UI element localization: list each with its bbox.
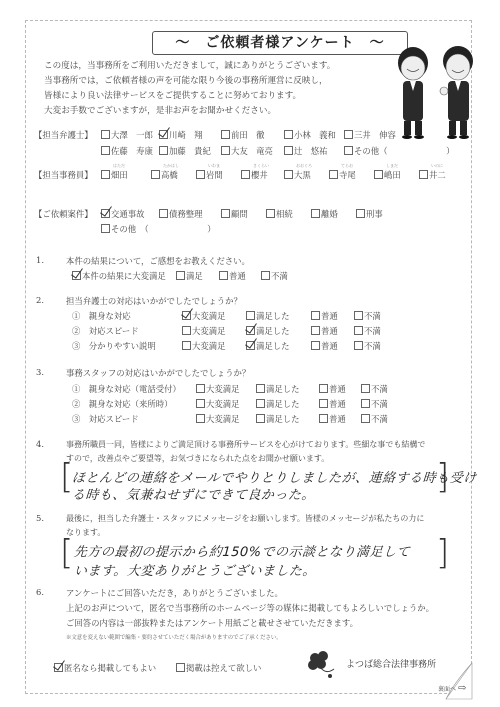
checkbox[interactable] (284, 146, 293, 155)
survey-page: 〜 ご依頼者様アンケート 〜 この度は，当事務所をご利用いただきまして，誠にあり… (25, 20, 472, 694)
attorney-option[interactable]: 大澤 一郎 (101, 129, 153, 141)
q2-row3-option[interactable]: 満足した (246, 340, 290, 352)
q4-answer-line[interactable]: る時も、気兼ねせずにできて良かった。 (71, 484, 315, 503)
case-type-option[interactable]: 債務整理 (159, 208, 203, 220)
q3-row2-option[interactable]: 大変満足 (196, 398, 240, 410)
checkbox-checked[interactable] (246, 326, 255, 335)
q4-text-line: すので，改善点やご要望等，お気づきになられた点をお聞かせ願います。 (66, 453, 329, 464)
checkbox[interactable] (101, 130, 110, 139)
q3-row3-option[interactable]: 不満 (361, 413, 388, 425)
checkbox[interactable] (221, 130, 230, 139)
q5-text-line: 最後に，担当した弁護士・スタッフにメッセージをお願いします。皆様のメッセージが私… (66, 513, 424, 524)
q3-row2-option[interactable]: 不満 (361, 398, 388, 410)
checkbox[interactable] (261, 271, 270, 280)
intro-line: 大変お手数でございますが，是非お声をお聞かせください。 (44, 104, 335, 119)
checkbox[interactable] (356, 209, 365, 218)
staff-option[interactable]: しまだ嶋田 (374, 169, 401, 181)
q3-row3-option[interactable]: 満足した (256, 413, 300, 425)
q1-option[interactable]: 本件の結果に大変満足 (72, 270, 166, 282)
q1-option[interactable]: 不満 (261, 270, 288, 282)
q2-row-label: ② 対応スピード (72, 325, 139, 337)
checkbox[interactable] (182, 326, 191, 335)
q1-option[interactable]: 普通 (219, 270, 246, 282)
staff-option[interactable]: いのに井二 (419, 169, 446, 181)
q3-row1-option[interactable]: 不満 (361, 383, 388, 395)
checkbox[interactable] (101, 146, 110, 155)
q6-option-decline[interactable]: 掲載は控えて欲しい (176, 662, 261, 674)
q2-row-label: ① 親身な対応 (72, 310, 131, 322)
case-type-option[interactable]: 相続 (266, 208, 293, 220)
intro-line: この度は，当事務所をご利用いただきまして，誠にありがとうございます。 (44, 59, 335, 74)
q1-option[interactable]: 満足 (176, 270, 203, 282)
checkbox[interactable] (256, 399, 265, 408)
checkbox[interactable] (221, 146, 230, 155)
checkbox[interactable] (266, 209, 275, 218)
checkbox[interactable] (344, 130, 353, 139)
q2-row1-option[interactable]: 不満 (354, 310, 381, 322)
checkbox[interactable] (354, 311, 363, 320)
checkbox[interactable] (159, 146, 168, 155)
q6-text-line: 上記のお声について，匿名で当事務所のホームページ等の媒体に掲載してもよろしいでし… (66, 602, 434, 614)
q5-answer-line[interactable]: います。大変ありがとうございました。 (73, 560, 316, 579)
case-type-label: 【ご依頼案件】 (34, 208, 93, 220)
q3-row2-option[interactable]: 満足した (256, 398, 300, 410)
q3-row1-option[interactable]: 大変満足 (196, 383, 240, 395)
checkbox[interactable] (176, 271, 185, 280)
checkbox[interactable] (256, 384, 265, 393)
checkbox[interactable] (284, 170, 293, 179)
checkbox[interactable] (361, 399, 370, 408)
q6-option-anonymous[interactable]: 匿名なら掲載してもよい (54, 662, 156, 674)
back-side-link[interactable]: 裏面へ ⇨ (438, 683, 466, 694)
q3-row-label: ③ 対応スピード (72, 413, 139, 425)
q3-row1-option[interactable]: 満足した (256, 383, 300, 395)
checkbox[interactable] (196, 399, 205, 408)
checkbox[interactable] (246, 311, 255, 320)
case-type-option[interactable]: 顧問 (221, 208, 248, 220)
attorney-option[interactable]: 加藤 貴紀 (159, 145, 211, 157)
attorney-option[interactable]: 佐藤 寿康 (101, 145, 153, 157)
checkbox[interactable] (361, 384, 370, 393)
attorney-option[interactable]: 辻 悠祐 (284, 145, 328, 157)
q1-number: 1. (36, 255, 44, 265)
q1-text: 本件の結果について，ご感想をお教えください。 (66, 255, 250, 267)
q2-row2-option[interactable]: 普通 (311, 325, 338, 337)
checkbox[interactable] (319, 384, 328, 393)
checkbox-checked[interactable] (246, 341, 255, 350)
staff-label: 【担当事務員】 (34, 169, 93, 181)
q2-row2-option[interactable]: 不満 (354, 325, 381, 337)
checkbox[interactable] (159, 209, 168, 218)
checkbox[interactable] (219, 271, 228, 280)
checkbox[interactable] (354, 341, 363, 350)
checkbox[interactable] (311, 326, 320, 335)
checkbox-checked[interactable] (54, 663, 63, 672)
checkbox[interactable] (329, 170, 338, 179)
q2-row3-option[interactable]: 大変満足 (182, 340, 226, 352)
checkbox[interactable] (241, 170, 250, 179)
checkbox-checked[interactable] (182, 311, 191, 320)
q2-row1-option[interactable]: 大変満足 (182, 310, 226, 322)
checkbox[interactable] (361, 414, 370, 423)
checkbox[interactable] (311, 341, 320, 350)
q6-number: 6. (36, 587, 44, 597)
attorney-option-other[interactable]: その他（ ） (344, 145, 455, 157)
staff-option[interactable]: いわま岩間 (196, 169, 223, 181)
intro-line: 皆様により良い法律サービスをご提供することに努めております。 (44, 89, 335, 104)
q2-row-label: ③ 分かりやすい説明 (72, 340, 156, 352)
staff-option[interactable]: さくらい櫻井 (241, 169, 268, 181)
checkbox[interactable] (196, 384, 205, 393)
staff-option[interactable]: おおぐろ大黒 (284, 169, 311, 181)
attorney-option[interactable]: 川崎 翔 (159, 129, 203, 141)
q4-number: 4. (36, 439, 44, 449)
staff-option[interactable]: たかはし高橋 (151, 169, 178, 181)
q3-row2-option[interactable]: 普通 (319, 398, 346, 410)
q2-row3-option[interactable]: 普通 (311, 340, 338, 352)
q2-row3-option[interactable]: 不満 (354, 340, 381, 352)
page-curl-icon (444, 661, 474, 701)
bracket-right-icon: ] (436, 533, 449, 573)
checkbox[interactable] (311, 311, 320, 320)
q3-row-label: ② 親身な対応（来所時） (72, 398, 173, 410)
attorney-option[interactable]: 三井 伸容 (344, 129, 396, 141)
checkbox[interactable] (284, 130, 293, 139)
q6-note: ※文意を変えない範囲で編集・要約させていただく場合がありますのでご了承ください。 (66, 633, 282, 641)
checkbox[interactable] (196, 414, 205, 423)
q6-text-line: ご回答の内容は一部抜粋またはアンケート用紙ごと載せさせていただきます。 (66, 617, 358, 629)
page-title: 〜 ご依頼者様アンケート 〜 (152, 31, 408, 55)
q4-text-line: 事務所職員一同，皆様によりご満足頂ける事務所サービスを心がけております。些細な事… (66, 439, 425, 450)
q2-text: 担当弁護士の対応はいかがでしたでしょうか？ (66, 295, 242, 307)
checkbox[interactable] (311, 209, 320, 218)
checkbox[interactable] (151, 170, 160, 179)
checkbox[interactable] (256, 414, 265, 423)
q6-text-line: アンケートにご回答いただき，ありがとうございました。 (66, 587, 283, 599)
q2-row1-option[interactable]: 普通 (311, 310, 338, 322)
arrow-right-icon: ⇨ (458, 683, 466, 694)
checkbox[interactable] (419, 170, 428, 179)
staff-option[interactable]: はただ畑田 (101, 169, 128, 181)
q3-row3-option[interactable]: 普通 (319, 413, 346, 425)
case-type-option[interactable]: 交通事故 (101, 208, 145, 220)
staff-option[interactable]: てらお寺尾 (329, 169, 356, 181)
lawyers-illustration-icon (388, 41, 484, 141)
checkbox[interactable] (221, 209, 230, 218)
bracket-left-icon: [ (60, 533, 73, 573)
q2-number: 2. (36, 295, 44, 305)
checkbox[interactable] (101, 224, 110, 233)
attorney-option[interactable]: 前田 徹 (221, 129, 265, 141)
checkbox-checked[interactable] (159, 130, 168, 139)
checkbox[interactable] (354, 326, 363, 335)
case-type-option-other[interactable]: その他 （ ） (101, 223, 216, 235)
q3-row3-option[interactable]: 大変満足 (196, 413, 240, 425)
q3-number: 3. (36, 367, 44, 377)
attorney-option[interactable]: 小林 義和 (284, 129, 336, 141)
firm-name: よつば総合法律事務所 (346, 657, 436, 670)
checkbox-checked[interactable] (72, 271, 81, 280)
intro-line: 当事務所では，ご依頼者様の声を可能な限り今後の事務所運営に反映し， (44, 74, 335, 89)
checkbox[interactable] (196, 170, 205, 179)
attorney-option[interactable]: 大友 竜亮 (221, 145, 273, 157)
q5-answer-line[interactable]: 先方の最初の提示から約150%での示談となり満足して (73, 541, 411, 560)
checkbox[interactable] (182, 341, 191, 350)
checkbox[interactable] (374, 170, 383, 179)
case-type-option[interactable]: 刑事 (356, 208, 383, 220)
checkbox[interactable] (344, 146, 353, 155)
case-type-option[interactable]: 離婚 (311, 208, 338, 220)
checkbox[interactable] (176, 663, 185, 672)
clover-icon (306, 651, 340, 681)
checkbox-checked[interactable] (101, 209, 110, 218)
checkbox[interactable] (319, 399, 328, 408)
q2-row2-option[interactable]: 大変満足 (182, 325, 226, 337)
intro-text: この度は，当事務所をご利用いただきまして，誠にありがとうございます。 当事務所で… (44, 59, 335, 119)
q5-number: 5. (36, 513, 44, 523)
checkbox[interactable] (101, 170, 110, 179)
checkbox[interactable] (319, 414, 328, 423)
attorneys-label: 【担当弁護士】 (34, 129, 93, 141)
q3-row-label: ① 親身な対応（電話受付） (72, 383, 181, 395)
q3-text: 事務スタッフの対応はいかがでしたでしょうか？ (66, 367, 250, 379)
q3-row1-option[interactable]: 普通 (319, 383, 346, 395)
